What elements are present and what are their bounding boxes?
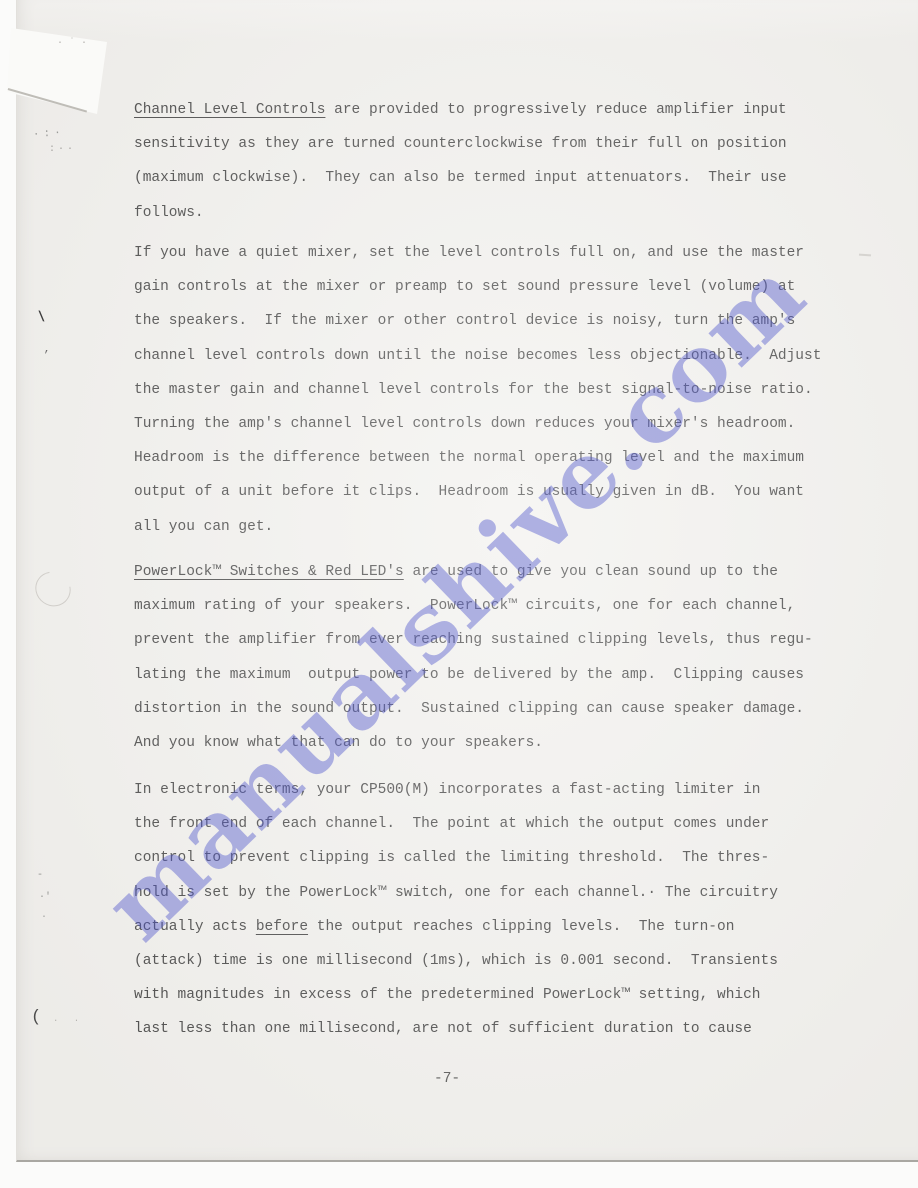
text-line: (attack) time is one millisecond (1ms), …	[134, 944, 778, 978]
text-line: the master gain and channel level contro…	[134, 373, 821, 407]
text-segment: Turning the amp's channel level controls…	[134, 416, 795, 432]
text-line: Headroom is the difference between the n…	[134, 441, 821, 475]
paragraph: In electronic terms, your CP500(M) incor…	[134, 773, 778, 1047]
text-segment: all you can get.	[134, 519, 273, 535]
text-segment: output of a unit before it clips. Headro…	[134, 484, 804, 500]
pencil-smudge: :··	[49, 144, 76, 155]
text-segment: And you know what that can do to your sp…	[134, 735, 543, 751]
paragraph: If you have a quiet mixer, set the level…	[134, 236, 821, 544]
text-segment: the output reaches clipping levels. The …	[308, 919, 734, 935]
text-segment: hold is set by the PowerLock™ switch, on…	[134, 885, 778, 901]
text-line: all you can get.	[134, 510, 821, 544]
margin-dot: · ·	[53, 1016, 84, 1026]
margin-dot: ·	[41, 912, 47, 923]
text-line: lating the maximum output power to be de…	[134, 658, 813, 692]
text-line: control to prevent clipping is called th…	[134, 841, 778, 875]
text-line: with magnitudes in excess of the predete…	[134, 978, 778, 1012]
text-line: follows.	[134, 196, 787, 230]
paper-sheet: · ˙ · ·:· :·· \ ’ - ·' · ( · · Channel L…	[16, 0, 918, 1162]
text-line: PowerLock™ Switches & Red LED's are used…	[134, 555, 813, 589]
text-line: output of a unit before it clips. Headro…	[134, 475, 821, 509]
text-line: actually acts before the output reaches …	[134, 910, 778, 944]
text-line: maximum rating of your speakers. PowerLo…	[134, 589, 813, 623]
page-number: -7-	[434, 1071, 460, 1087]
margin-dash	[859, 254, 871, 257]
text-segment: channel level controls down until the no…	[134, 348, 821, 364]
text-segment: If you have a quiet mixer, set the level…	[134, 245, 804, 261]
underlined-text: PowerLock™ Switches & Red LED's	[134, 564, 404, 580]
paragraph: PowerLock™ Switches & Red LED's are used…	[134, 555, 813, 760]
text-line: last less than one millisecond, are not …	[134, 1012, 778, 1046]
margin-dot: ·'	[39, 892, 51, 903]
text-segment: last less than one millisecond, are not …	[134, 1021, 752, 1037]
text-line: prevent the amplifier from ever reaching…	[134, 623, 813, 657]
text-segment: In electronic terms, your CP500(M) incor…	[134, 782, 761, 798]
fold-speck: · ˙ ·	[57, 38, 87, 49]
text-segment: maximum rating of your speakers. PowerLo…	[134, 598, 795, 614]
text-line: (maximum clockwise). They can also be te…	[134, 161, 787, 195]
text-segment: lating the maximum output power to be de…	[134, 667, 804, 683]
text-segment: control to prevent clipping is called th…	[134, 850, 769, 866]
margin-tick: \	[36, 310, 46, 327]
text-segment: (maximum clockwise). They can also be te…	[134, 170, 787, 186]
underlined-text: before	[256, 919, 308, 935]
underlined-text: Channel Level Controls	[134, 102, 325, 118]
text-line: the front end of each channel. The point…	[134, 807, 778, 841]
text-segment: actually acts	[134, 919, 256, 935]
text-segment: the front end of each channel. The point…	[134, 816, 769, 832]
text-segment: follows.	[134, 205, 204, 221]
text-segment: the master gain and channel level contro…	[134, 382, 813, 398]
text-line: In electronic terms, your CP500(M) incor…	[134, 773, 778, 807]
text-line: If you have a quiet mixer, set the level…	[134, 236, 821, 270]
text-line: gain controls at the mixer or preamp to …	[134, 270, 821, 304]
margin-dot: -	[37, 870, 43, 881]
text-segment: prevent the amplifier from ever reaching…	[134, 632, 813, 648]
text-line: sensitivity as they are turned countercl…	[134, 127, 787, 161]
text-segment: distortion in the sound output. Sustaine…	[134, 701, 804, 717]
text-line: Turning the amp's channel level controls…	[134, 407, 821, 441]
margin-tick: ’	[43, 350, 50, 362]
text-segment: the speakers. If the mixer or other cont…	[134, 313, 795, 329]
text-segment: sensitivity as they are turned countercl…	[134, 136, 787, 152]
text-segment: with magnitudes in excess of the predete…	[134, 987, 761, 1003]
text-line: the speakers. If the mixer or other cont…	[134, 304, 821, 338]
text-segment: Headroom is the difference between the n…	[134, 450, 804, 466]
pencil-smudge: ·:·	[33, 127, 66, 141]
text-segment: gain controls at the mixer or preamp to …	[134, 279, 795, 295]
text-line: channel level controls down until the no…	[134, 339, 821, 373]
margin-paren-mark: (	[31, 1008, 41, 1027]
text-line: And you know what that can do to your sp…	[134, 726, 813, 760]
scanned-page-canvas: · ˙ · ·:· :·· \ ’ - ·' · ( · · Channel L…	[0, 0, 918, 1188]
hole-punch-ghost	[29, 565, 78, 613]
paragraph: Channel Level Controls are provided to p…	[134, 93, 787, 230]
text-line: Channel Level Controls are provided to p…	[134, 93, 787, 127]
text-segment: (attack) time is one millisecond (1ms), …	[134, 953, 778, 969]
text-segment: are used to give you clean sound up to t…	[404, 564, 778, 580]
text-segment: are provided to progressively reduce amp…	[325, 102, 786, 118]
text-line: hold is set by the PowerLock™ switch, on…	[134, 876, 778, 910]
text-line: distortion in the sound output. Sustaine…	[134, 692, 813, 726]
